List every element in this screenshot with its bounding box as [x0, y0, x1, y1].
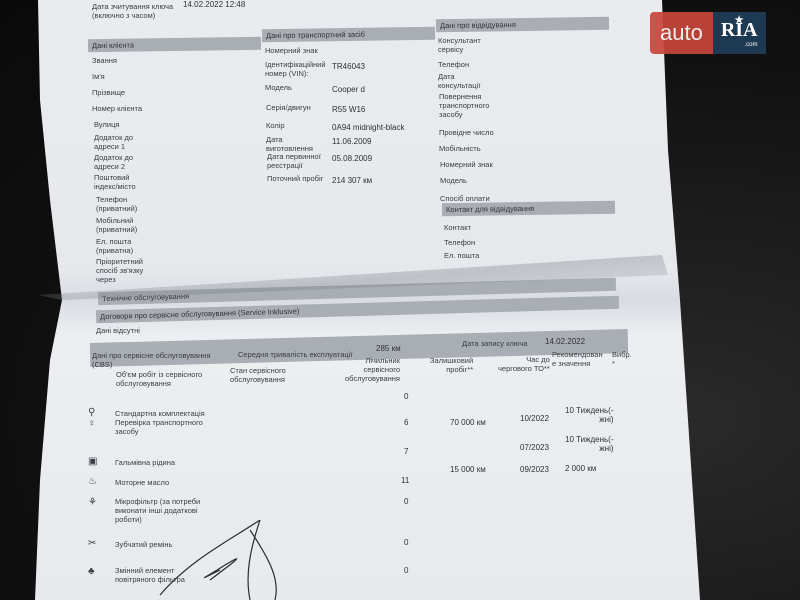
cbs-row-counter: 7 [404, 447, 408, 456]
contact-header: Контакт для відвідування [442, 201, 615, 216]
cbs-column-header: Об'єм робіт із сервісного обслуговування [116, 370, 202, 388]
signature [150, 520, 310, 600]
cbs-column-header: Рекомендован е значення [552, 350, 603, 368]
key-read-label: Дата зчитування ключа (включно з часом) [92, 2, 173, 20]
client-field-label: Поштовий індекс/місто [94, 173, 136, 191]
star-icon: ★ [735, 15, 744, 26]
visit-field-label: Номерний знак [440, 160, 493, 169]
car-lift-icon: ⚲ [88, 407, 95, 418]
cbs-row-counter: 11 [401, 476, 409, 485]
cbs-row-recommended: 2 000 км [565, 464, 596, 473]
contracts-value: Дані відсутні [96, 326, 140, 335]
cbs-column-header: Час до чергового ТО** [498, 355, 550, 373]
vehicle-field-value: 214 307 км [332, 176, 372, 185]
cbs-column-header: Лічильник сервісного обслуговування [345, 356, 400, 383]
vehicle-field-value: TR46043 [332, 62, 365, 71]
visit-field-label: Консультант сервісу [438, 36, 481, 54]
cbs-row-recommended: 10 Тиждень(- жні) [565, 406, 614, 424]
vehicle-field-label: Дата виготовлення [266, 135, 313, 153]
client-field-label: Ім'я [92, 72, 105, 81]
brand-auto: auto [650, 12, 713, 54]
cbs-row-due: 09/2023 [520, 465, 549, 474]
client-header: Дані клієнта [88, 37, 261, 52]
microfilter-icon: ⚘ [88, 497, 97, 508]
visit-field-label: Провідне число [439, 128, 494, 137]
autoria-watermark: auto ★ RIA .com [650, 12, 766, 54]
cbs-column-header: Залишковий пробіг** [430, 356, 473, 374]
client-field-label: Ел. пошта (приватна) [96, 237, 133, 255]
vehicle-field-label: Дата первинної реєстрації [267, 152, 321, 170]
cbs-row-name: Стандартна комплектація [115, 409, 205, 418]
brake-fluid-icon: ▣ [88, 456, 97, 467]
cbs-row-counter: 0 [404, 392, 408, 401]
vehicle-field-value: 05.08.2009 [332, 154, 372, 163]
visit-field-label: Телефон [438, 60, 469, 69]
vehicle-field-value: Cooper d [332, 85, 365, 94]
vehicle-field-value: R55 W16 [332, 105, 365, 114]
cbs-row-counter: 6 [404, 418, 408, 427]
cbs-row-due: 10/2022 [520, 414, 549, 423]
visit-field-label: Дата консультації [438, 72, 480, 90]
visit-field-label: Повернення транспортного засобу [439, 92, 489, 119]
vehicle-field-value: 11.06.2009 [332, 137, 371, 146]
cbs-row-remaining: 15 000 км [450, 465, 486, 474]
air-filter-icon: ♣ [88, 566, 95, 577]
engine-oil-icon: ♨ [88, 476, 97, 487]
visit-header: Дані про відвідування [436, 17, 609, 32]
avg-usage-label: Середня тривалість експлуатації [238, 350, 352, 359]
vehicle-header: Дані про транспортний засіб [262, 27, 435, 42]
timing-belt-icon: ✂ [88, 538, 96, 549]
client-field-label: Номер клієнта [92, 104, 142, 113]
cbs-row-counter: 0 [404, 538, 408, 547]
cbs-row-name: Гальмівна рідина [115, 458, 175, 467]
contact-field-label: Контакт [444, 223, 471, 232]
contact-field-label: Ел. пошта [444, 251, 479, 260]
vehicle-check-icon: ♀ [88, 418, 96, 429]
client-field-label: Додаток до адреси 1 [94, 133, 133, 151]
cbs-row-recommended: 10 Тиждень(- жні) [565, 435, 614, 453]
cbs-row-due: 07/2023 [520, 443, 549, 452]
client-field-label: Телефон (приватний) [96, 195, 137, 213]
key-date-label: Дата запису ключа [462, 339, 527, 348]
brand-ria: ★ RIA .com [713, 12, 766, 54]
vehicle-field-label: Модель [265, 83, 292, 92]
contact-field-label: Телефон [444, 238, 475, 247]
client-field-label: Пріоритетний спосіб зв'язку через [96, 257, 143, 284]
visit-field-label: Мобільність [439, 144, 481, 153]
cbs-row-counter: 0 [404, 497, 408, 506]
key-date-value: 14.02.2022 [545, 337, 585, 346]
vehicle-field-value: 0A94 midnight-black [332, 123, 404, 132]
cbs-row-remaining: 70 000 км [450, 418, 486, 427]
cbs-row-counter: 0 [404, 566, 408, 575]
vehicle-field-label: Ідентифікаційний номер (VIN): [265, 60, 326, 78]
cbs-column-header: Вибр. * [612, 350, 632, 368]
client-field-label: Прізвище [92, 88, 125, 97]
vehicle-field-label: Колір [266, 121, 285, 130]
vehicle-field-label: Серія/двигун [266, 103, 311, 112]
client-field-label: Звання [92, 56, 117, 65]
client-field-label: Мобільний (приватний) [96, 216, 137, 234]
cbs-row-name: Перевірка транспортного засобу [115, 418, 203, 436]
cbs-column-header: Стан сервісного обслуговування [230, 366, 286, 384]
cbs-row-name: Моторне масло [115, 478, 169, 487]
vehicle-field-label: Номерний знак [265, 46, 318, 55]
visit-field-label: Модель [440, 176, 467, 185]
vehicle-field-label: Поточний пробіг [267, 174, 323, 183]
avg-usage-value: 285 км [376, 344, 401, 353]
cbs-header: Дані про сервісне обслуговування (CBS) [92, 351, 211, 369]
key-read-value: 14.02.2022 12:48 [183, 0, 245, 9]
client-field-label: Додаток до адреси 2 [94, 153, 133, 171]
client-field-label: Вулиця [94, 120, 119, 129]
